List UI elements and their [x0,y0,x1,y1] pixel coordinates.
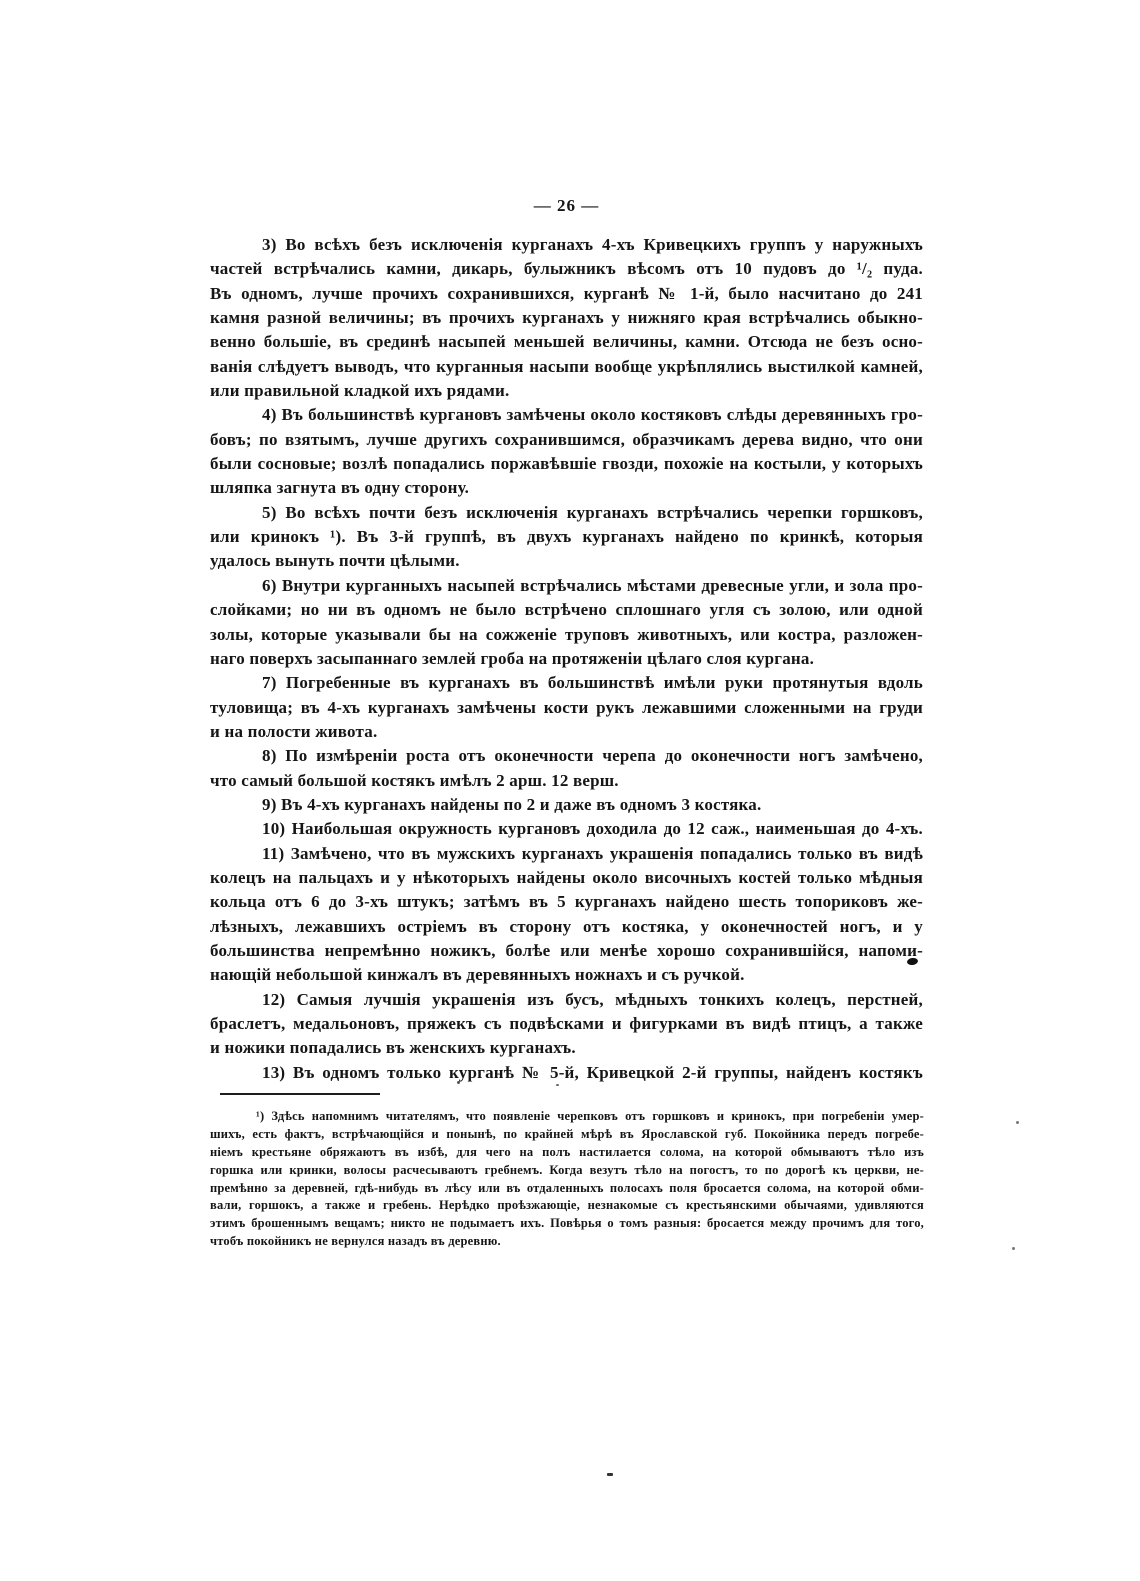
paragraph: 13) Въ одномъ только курганѣ № 5-й, Крив… [210,1061,923,1085]
text-line: шляпка загнута въ одну сторону. [210,476,923,500]
scanned-book-page: — 26 — 3) Во всѣхъ безъ исключенія курга… [0,0,1140,1581]
text-line: удалось вынуть почти цѣлыми. [210,549,923,573]
text-line: или кринокъ ¹). Въ 3-й группѣ, въ двухъ … [210,525,923,549]
paragraph: 7) Погребенные въ курганахъ въ большинст… [210,671,923,744]
text-line: 8) По измѣреніи роста отъ оконечности че… [210,744,923,768]
scan-speck [1016,1121,1019,1124]
text-line: премѣнно за деревней, гдѣ-нибудь въ лѣсу… [210,1180,924,1198]
text-line: венно большіе, въ срединѣ насыпей меньше… [210,330,923,354]
text-line: ніемъ крестьяне обряжаютъ въ избѣ, для ч… [210,1144,924,1162]
text-line: 4) Въ большинствѣ кургановъ замѣчены око… [210,403,923,427]
text-line: 5) Во всѣхъ почти безъ исключенія курган… [210,501,923,525]
text-line: ванія слѣдуетъ выводъ, что курганныя нас… [210,355,923,379]
text-line: горшка или кринки, волосы расчесываютъ г… [210,1162,924,1180]
text-line: бовъ; по взятымъ, лучше другихъ сохранив… [210,428,923,452]
paragraph: 6) Внутри курганныхъ насыпей встрѣчались… [210,574,923,671]
text-line: ¹) Здѣсь напомнимъ читателямъ, что появл… [210,1108,924,1126]
text-line: туловища; въ 4-хъ курганахъ замѣчены кос… [210,696,923,720]
text-line: чтобъ покойникъ не вернулся назадъ въ де… [210,1233,924,1251]
text-line: большинства непремѣнно ножикъ, болѣе или… [210,939,923,963]
text-line: 10) Наибольшая окружность кургановъ дохо… [210,817,923,841]
text-line: что самый большой костякъ имѣлъ 2 арш. 1… [210,769,923,793]
scan-speck [556,1084,559,1086]
text-line: или правильной кладкой ихъ рядами. [210,379,923,403]
scan-speck [457,1081,460,1084]
paragraph: 5) Во всѣхъ почти безъ исключенія курган… [210,501,923,574]
text-line: золы, которые указывали бы на сожженіе т… [210,623,923,647]
text-line: шихъ, есть фактъ, встрѣчающійся и понынѣ… [210,1126,924,1144]
text-line: лѣзныхъ, лежавшихъ остріемъ въ сторону о… [210,915,923,939]
text-line: 3) Во всѣхъ безъ исключенія курганахъ 4-… [210,233,923,257]
text-block: — 26 — 3) Во всѣхъ безъ исключенія курга… [210,196,923,1085]
page-number: — 26 — [210,196,923,233]
text-line: и на полости живота. [210,720,923,744]
text-line: 7) Погребенные въ курганахъ въ большинст… [210,671,923,695]
paragraph: 9) Въ 4-хъ курганахъ найдены по 2 и даже… [210,793,923,817]
paragraph: 10) Наибольшая окружность кургановъ дохо… [210,817,923,841]
text-line: наго поверхъ засыпаннаго землей гроба на… [210,647,923,671]
paragraph: 12) Самыя лучшія украшенія изъ бусъ, мѣд… [210,988,923,1061]
text-line: этимъ брошеннымъ вещамъ; никто не подыма… [210,1215,924,1233]
main-text: 3) Во всѣхъ безъ исключенія курганахъ 4-… [210,233,923,1085]
text-line: кольца отъ 6 до 3-хъ штукъ; затѣмъ въ 5 … [210,890,923,914]
paragraph: 4) Въ большинствѣ кургановъ замѣчены око… [210,403,923,500]
text-line: частей встрѣчались камни, дикарь, булыжн… [210,257,923,281]
text-line: браслетъ, медальоновъ, пряжекъ съ подвѣс… [210,1012,923,1036]
scan-speck [1012,1247,1015,1250]
text-line: 9) Въ 4-хъ курганахъ найдены по 2 и даже… [210,793,923,817]
text-line: Въ одномъ, лучше прочихъ сохранившихся, … [210,282,923,306]
text-line: 6) Внутри курганныхъ насыпей встрѣчались… [210,574,923,598]
text-line: и ножики попадались въ женскихъ курганах… [210,1036,923,1060]
text-line: колецъ на пальцахъ и у нѣкоторыхъ найден… [210,866,923,890]
paragraph: 8) По измѣреніи роста отъ оконечности че… [210,744,923,793]
text-line: вали, горшокъ, а также и гребень. Нерѣдк… [210,1197,924,1215]
footnote-divider [220,1093,380,1095]
text-line: нающій небольшой кинжалъ въ деревянныхъ … [210,963,923,987]
text-line: 11) Замѣчено, что въ мужскихъ курганахъ … [210,842,923,866]
text-line: были сосновые; возлѣ попадались поржавѣв… [210,452,923,476]
paragraph: 11) Замѣчено, что въ мужскихъ курганахъ … [210,842,923,988]
text-line: 13) Въ одномъ только курганѣ № 5-й, Крив… [210,1061,923,1085]
scan-speck [607,1473,613,1476]
paragraph: 3) Во всѣхъ безъ исключенія курганахъ 4-… [210,233,923,403]
footnote: ¹) Здѣсь напомнимъ читателямъ, что появл… [210,1108,924,1251]
text-line: 12) Самыя лучшія украшенія изъ бусъ, мѣд… [210,988,923,1012]
text-line: слойками; но ни въ одномъ не было встрѣч… [210,598,923,622]
text-line: камня разной величины; въ прочихъ курган… [210,306,923,330]
